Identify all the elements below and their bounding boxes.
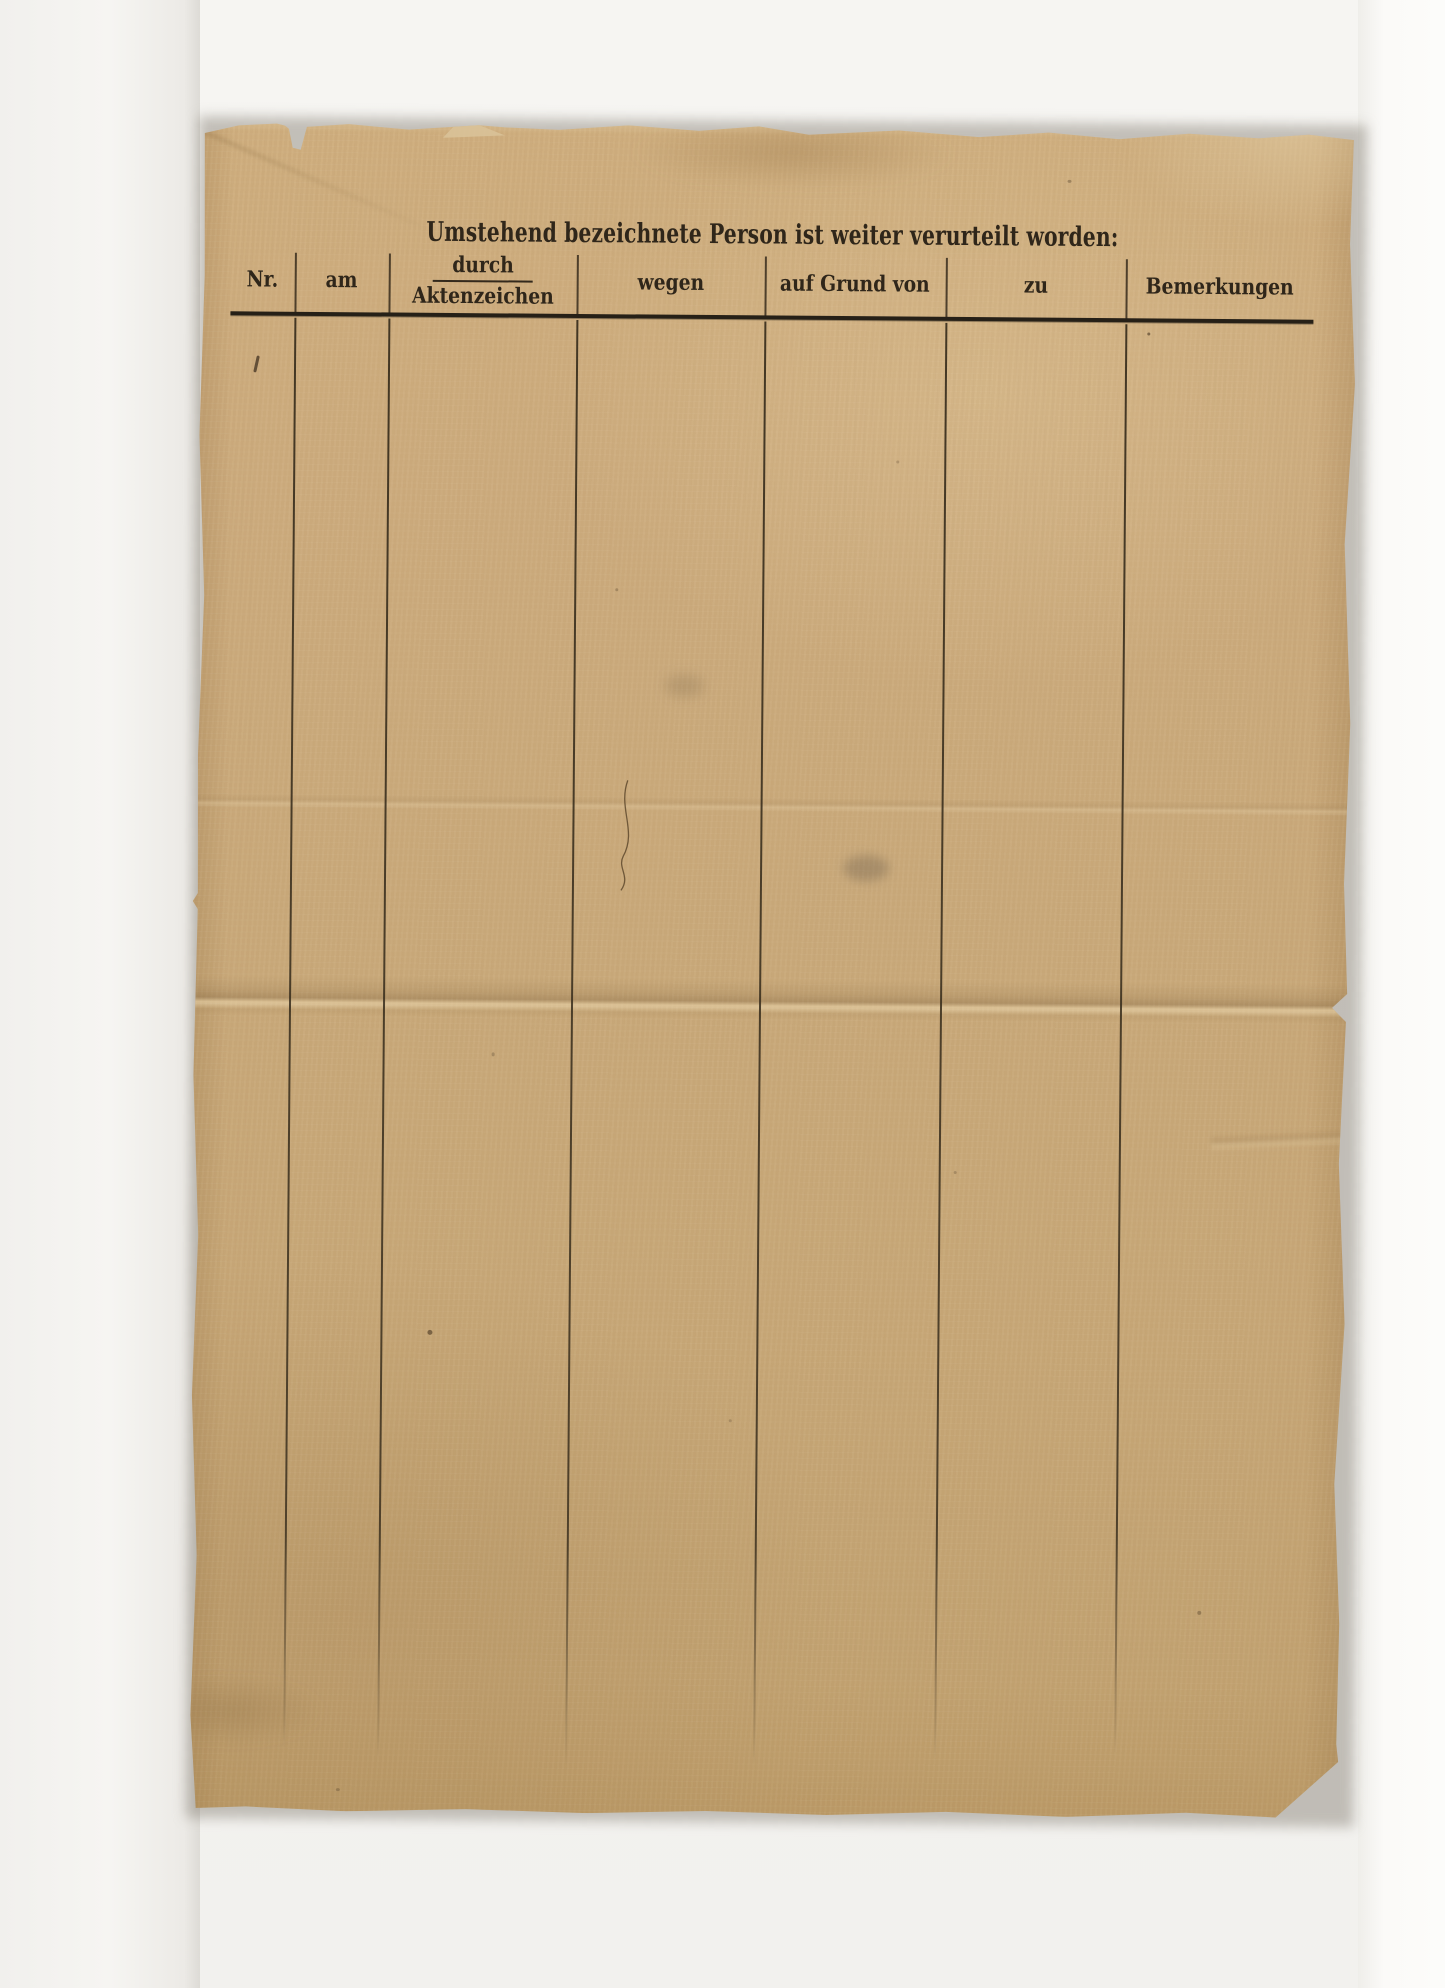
- column-header-am: am: [294, 248, 388, 313]
- header-aktenzeichen: Aktenzeichen: [412, 284, 554, 308]
- page-title-text: Umstehend bezeichnete Person ist weiter …: [426, 217, 1118, 253]
- column-header-auf-grund-von: auf Grund von: [764, 251, 945, 316]
- column-header-durch-aktenzeichen: durch Aktenzeichen: [388, 248, 576, 313]
- header-durch: durch: [452, 254, 514, 278]
- column-header-wegen: wegen: [576, 250, 764, 315]
- table-body-empty: [219, 315, 1313, 1763]
- scanner-background-left: [0, 0, 200, 1988]
- column-header-nr: Nr.: [230, 247, 295, 312]
- form-content: Umstehend bezeichnete Person ist weiter …: [186, 115, 1362, 1821]
- scanned-document: Umstehend bezeichnete Person ist weiter …: [0, 0, 1445, 1988]
- column-header-bemerkungen: Bemerkungen: [1125, 254, 1313, 319]
- column-header-zu: zu: [945, 253, 1125, 318]
- scanner-background-right: [1358, 0, 1445, 1988]
- paper-sheet: Umstehend bezeichnete Person ist weiter …: [186, 115, 1362, 1821]
